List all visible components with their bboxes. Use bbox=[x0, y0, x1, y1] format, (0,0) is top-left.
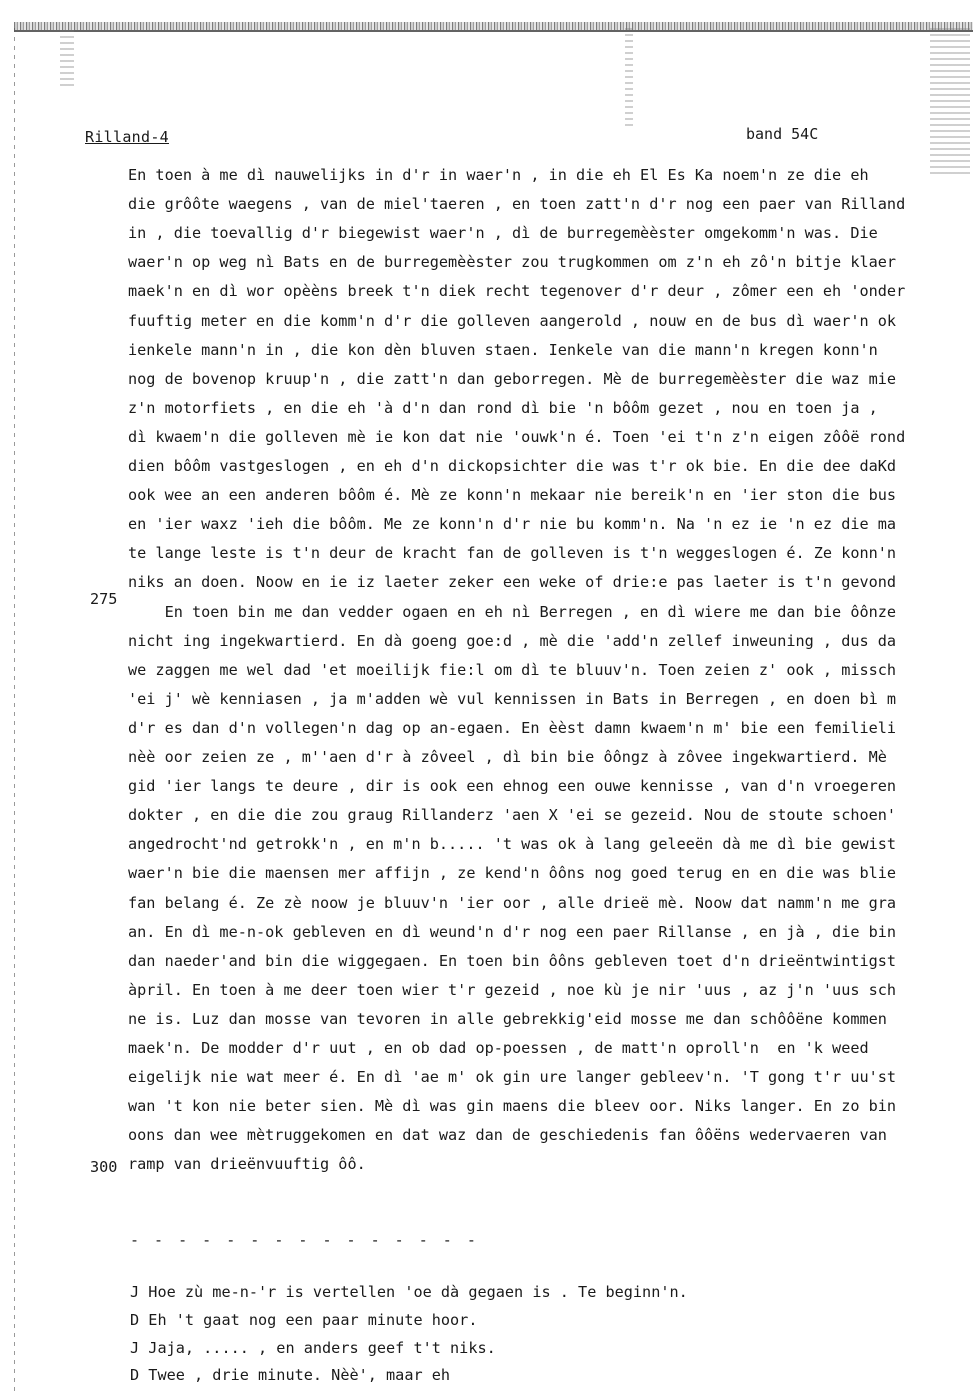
transcript-line: nèè oor zeien ze , m''aen d'r à zôveel ,… bbox=[128, 748, 887, 766]
transcript-line: d'r es dan d'n vollegen'n dag op an-egae… bbox=[128, 719, 896, 737]
transcript-line: fuuftig meter en die komm'n d'r die goll… bbox=[128, 312, 896, 330]
transcript-line: dan naeder'and bin die wiggegaen. En toe… bbox=[128, 952, 896, 970]
dialogue-line: J Hoe zù me-n-'r is vertellen 'oe dà geg… bbox=[130, 1283, 688, 1301]
transcript-line: gid 'ier langs te deure , dir is ook een… bbox=[128, 777, 896, 795]
scanned-page: Rilland-4 band 54C En toen à me dì nauwe… bbox=[0, 0, 973, 1392]
section-separator: - - - - - - - - - - - - - - - bbox=[130, 1231, 479, 1249]
transcript-line: wan 't kon nie beter sien. Mè dì was gin… bbox=[128, 1097, 896, 1115]
transcript-line: te lange leste is t'n deur de kracht fan… bbox=[128, 544, 896, 562]
line-number: 275 bbox=[90, 590, 117, 608]
transcript-line: En toen à me dì nauwelijks in d'r in wae… bbox=[128, 166, 869, 184]
dialogue-line: J Jaja, ..... , en anders geef t't niks. bbox=[130, 1339, 496, 1357]
transcript-line: oons dan wee mètruggekomen en dat waz da… bbox=[128, 1126, 887, 1144]
transcript-line: nicht ing ingekwartierd. En dà goeng goe… bbox=[128, 632, 896, 650]
line-number: 300 bbox=[90, 1158, 117, 1176]
scan-noise bbox=[930, 28, 970, 178]
transcript-line: dì kwaem'n die golleven mè ie kon dat ni… bbox=[128, 428, 905, 446]
transcript-line: an. En dì me-n-ok gebleven en dì weund'n… bbox=[128, 923, 896, 941]
transcript-line: ramp van drieënvuuftig ôô. bbox=[128, 1155, 366, 1173]
transcript-line: waer'n op weg nì Bats en de burregemèèst… bbox=[128, 253, 896, 271]
transcript-line: ne is. Luz dan mosse van tevoren in alle… bbox=[128, 1010, 887, 1028]
transcript-line: we zaggen me wel dad 'et moeilijk fie:l … bbox=[128, 661, 896, 679]
dialogue-line: D Twee , drie minute. Nèè', maar eh bbox=[130, 1366, 450, 1384]
scan-edge-top bbox=[14, 22, 973, 32]
transcript-line: maek'n en dì wor opèèns breek t'n diek r… bbox=[128, 282, 905, 300]
speaker-label: D bbox=[130, 1311, 139, 1329]
transcript-line: ienkele mann'n in , die kon dèn bluven s… bbox=[128, 341, 878, 359]
scan-edge-left bbox=[14, 28, 15, 1392]
dialogue-line: D Eh 't gaat nog een paar minute hoor. bbox=[130, 1311, 477, 1329]
transcript-line: maek'n. De modder d'r uut , en ob dad op… bbox=[128, 1039, 869, 1057]
transcript-line: waer'n bie die maensen mer affijn , ze k… bbox=[128, 864, 896, 882]
transcript-line: niks an doen. Noow en ie iz laeter zeker… bbox=[128, 573, 896, 591]
dialogue-text: Eh 't gaat nog een paar minute hoor. bbox=[139, 1311, 477, 1329]
transcript-line: 'ei j' wè kenniasen , ja m'adden wè vul … bbox=[128, 690, 896, 708]
dialogue-text: Hoe zù me-n-'r is vertellen 'oe dà gegae… bbox=[139, 1283, 688, 1301]
scan-noise bbox=[60, 30, 74, 90]
transcript-line: angedrocht'nd getrokk'n , en m'n b..... … bbox=[128, 835, 896, 853]
transcript-line: En toen bin me dan vedder ogaen en eh nì… bbox=[128, 603, 896, 621]
transcript-line: ook wee an een anderen bôôm é. Mè ze kon… bbox=[128, 486, 896, 504]
document-title: Rilland-4 bbox=[85, 128, 169, 146]
tape-label: band 54C bbox=[746, 125, 818, 143]
scan-noise bbox=[625, 28, 633, 128]
speaker-label: J bbox=[130, 1339, 139, 1357]
transcript-line: eigelijk nie wat meer é. En dì 'ae m' ok… bbox=[128, 1068, 896, 1086]
transcript-line: dokter , en die die zou graug Rillanderz… bbox=[128, 806, 896, 824]
transcript-line: dien bôôm vastgeslogen , en eh d'n dicko… bbox=[128, 457, 896, 475]
transcript-line: in , die toevallig d'r biegewist waer'n … bbox=[128, 224, 878, 242]
transcript-line: en 'ier waxz 'ieh die bôôm. Me ze konn'n… bbox=[128, 515, 896, 533]
dialogue-text: Twee , drie minute. Nèè', maar eh bbox=[139, 1366, 450, 1384]
speaker-label: D bbox=[130, 1366, 139, 1384]
transcript-line: die grôôte waegens , van de miel'taeren … bbox=[128, 195, 905, 213]
transcript-line: àpril. En toen à me deer toen wier t'r g… bbox=[128, 981, 896, 999]
transcript-line: z'n motorfiets , en die eh 'à d'n dan ro… bbox=[128, 399, 878, 417]
transcript-line: fan belang é. Ze zè noow je bluuv'n 'ier… bbox=[128, 894, 896, 912]
dialogue-text: Jaja, ..... , en anders geef t't niks. bbox=[139, 1339, 496, 1357]
speaker-label: J bbox=[130, 1283, 139, 1301]
transcript-line: nog de bovenop kruup'n , die zatt'n dan … bbox=[128, 370, 896, 388]
